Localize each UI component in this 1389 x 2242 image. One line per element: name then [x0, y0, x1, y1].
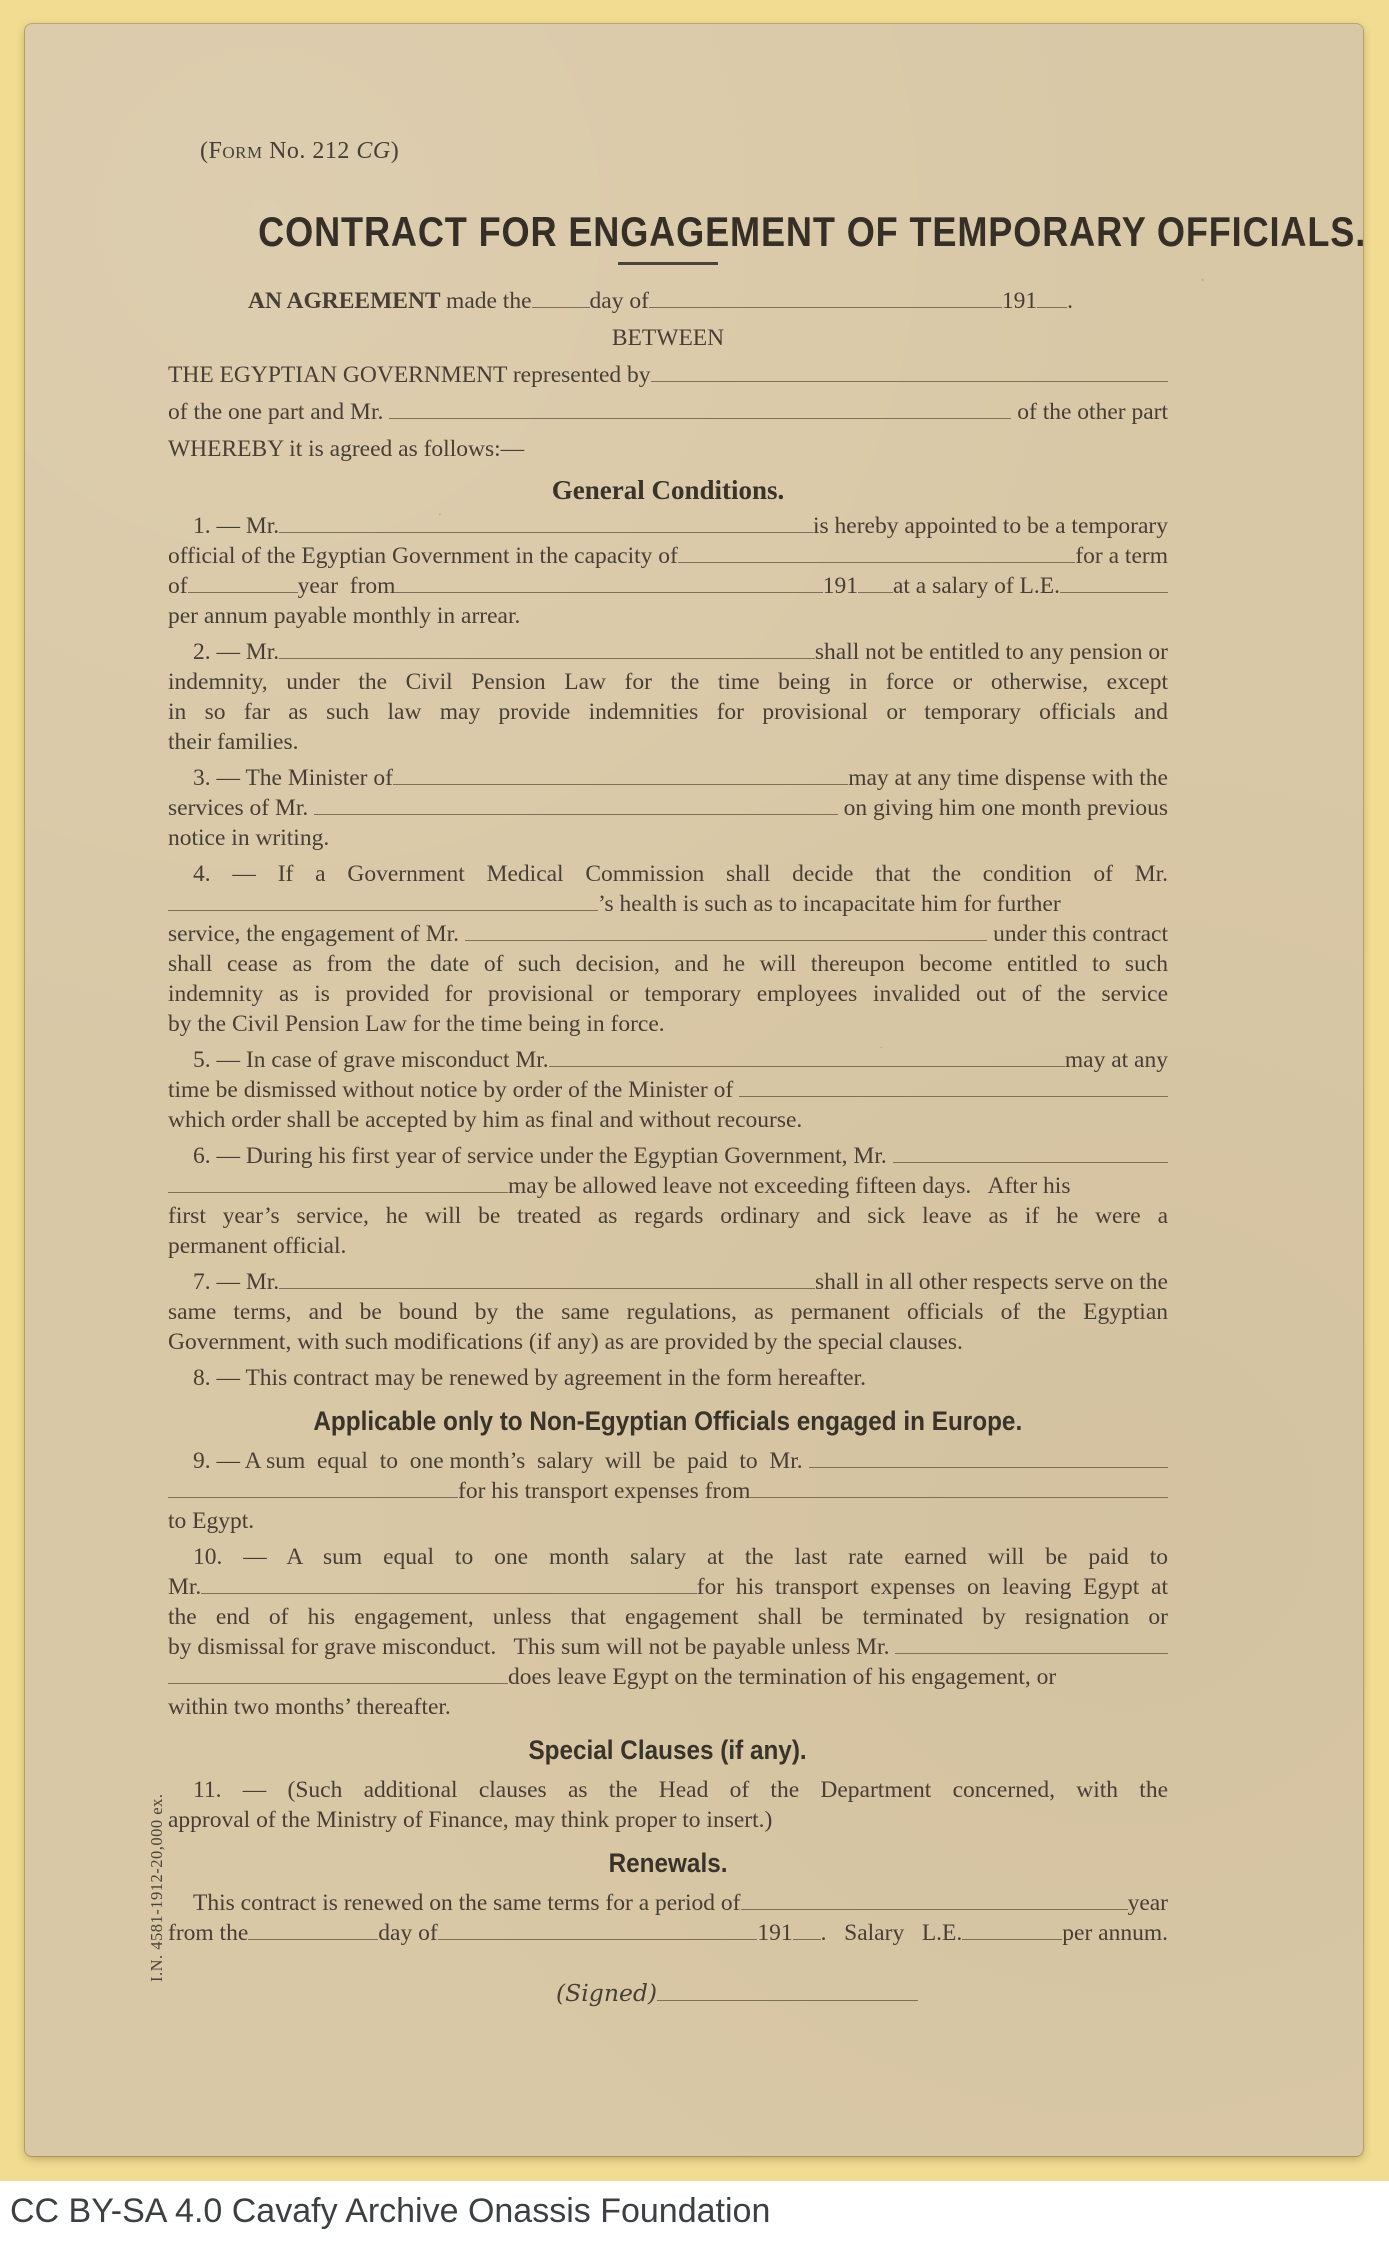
fill-in-blank	[168, 1187, 508, 1193]
form-text: Government, with such modifications (if …	[168, 1327, 963, 1357]
form-text: 5. — In case of grave misconduct Mr.	[193, 1045, 549, 1075]
form-line: shall cease as from the date of such dec…	[168, 949, 1168, 979]
form-line: time be dismissed without notice by orde…	[168, 1075, 1168, 1105]
fill-in-blank	[395, 587, 822, 593]
form-line: 9. — A sum equal to one month’s salary w…	[168, 1446, 1168, 1476]
form-line: indemnity, under the Civil Pension Law f…	[168, 667, 1168, 697]
form-text: within two months’ thereafter.	[168, 1692, 451, 1722]
form-line: approval of the Ministry of Finance, may…	[168, 1805, 1168, 1835]
form-text: for his transport expenses on leaving Eg…	[697, 1572, 1168, 1602]
form-line: This contract is renewed on the same ter…	[168, 1888, 1168, 1918]
form-text: 9. — A sum equal to one month’s salary w…	[193, 1446, 809, 1476]
form-line: 1. — Mr.is hereby appointed to be a temp…	[168, 511, 1168, 541]
form-line: THE EGYPTIAN GOVERNMENT represented by	[168, 357, 1168, 394]
form-text: WHEREBY it is agreed as follows:—	[168, 431, 524, 468]
form-text: for his transport expenses from	[458, 1476, 750, 1506]
form-number: (Form No. 212 CG)	[168, 136, 1168, 166]
section-heading: Special Clauses (if any).	[168, 1735, 1168, 1765]
scanned-document-view: { "colors": { "scan_bed": "#f1dc92", "pa…	[0, 0, 1389, 2242]
form-text: of the other part	[1011, 394, 1168, 431]
fill-in-blank	[1037, 302, 1067, 308]
fill-in-blank	[279, 527, 813, 533]
form-line: services of Mr. on giving him one month …	[168, 793, 1168, 823]
fill-in-blank	[678, 557, 1075, 563]
fill-in-blank	[201, 1588, 696, 1594]
form-text: 8. — This contract may be renewed by agr…	[193, 1363, 866, 1393]
form-text: year from	[298, 571, 396, 601]
form-line: 6. — During his first year of service un…	[168, 1141, 1168, 1171]
form-text: permanent official.	[168, 1231, 346, 1261]
form-text: shall not be entitled to any pension or	[815, 637, 1168, 667]
form-line: by dismissal for grave misconduct. This …	[168, 1632, 1168, 1662]
form-text: day of	[590, 283, 649, 320]
form-text: shall in all other respects serve on the	[815, 1267, 1168, 1297]
form-line: ’s health is such as to incapacitate him…	[168, 889, 1168, 919]
form-line: their families.	[168, 727, 1168, 757]
fill-in-blank	[279, 1283, 815, 1289]
form-text: services of Mr.	[168, 793, 314, 823]
form-text: ’s health is such as to incapacitate him…	[598, 889, 1061, 919]
license-caption: CC BY-SA 4.0 Cavafy Archive Onassis Foun…	[0, 2192, 770, 2231]
fill-in-blank	[393, 779, 848, 785]
fill-in-blank	[893, 1157, 1168, 1163]
form-text: time be dismissed without notice by orde…	[168, 1075, 739, 1105]
form-line: for his transport expenses from	[168, 1476, 1168, 1506]
fill-in-blank	[651, 376, 1168, 382]
form-line: (Signed)	[168, 1978, 1168, 2008]
form-text: Mr.	[168, 1572, 201, 1602]
document-title: CONTRACT FOR ENGAGEMENT OF TEMPORARY OFF…	[168, 210, 1168, 254]
form-line: which order shall be accepted by him as …	[168, 1105, 1168, 1135]
form-text: to Egypt.	[168, 1506, 254, 1536]
form-line: by the Civil Pension Law for the time be…	[168, 1009, 1168, 1039]
form-text: 191	[757, 1918, 792, 1948]
fill-in-blank	[739, 1091, 1168, 1097]
form-text: notice in writing.	[168, 823, 329, 853]
form-line: of the one part and Mr. of the other par…	[168, 394, 1168, 431]
form-text: from the	[168, 1918, 248, 1948]
form-text: per annum.	[1062, 1918, 1168, 1948]
fill-in-blank	[858, 587, 893, 593]
form-line: from theday of191. Salary L.E.per annum.	[168, 1918, 1168, 1948]
form-text: by dismissal for grave misconduct. This …	[168, 1632, 895, 1662]
form-text: THE EGYPTIAN GOVERNMENT represented by	[168, 357, 651, 394]
form-text: under this contract	[987, 919, 1168, 949]
form-line: 4. — If a Government Medical Commission …	[168, 859, 1168, 889]
form-text: which order shall be accepted by him as …	[168, 1105, 802, 1135]
form-line: official of the Egyptian Government in t…	[168, 541, 1168, 571]
section-heading: Applicable only to Non-Egyptian Official…	[168, 1406, 1168, 1436]
fill-in-blank	[465, 935, 987, 941]
form-text: . Salary L.E.	[821, 1918, 963, 1948]
form-line: the end of his engagement, unless that e…	[168, 1602, 1168, 1632]
form-text: may at any time dispense with the	[848, 763, 1168, 793]
form-text: 1. — Mr.	[193, 511, 279, 541]
form-line: notice in writing.	[168, 823, 1168, 853]
form-line: to Egypt.	[168, 1506, 1168, 1536]
form-text: for a term	[1075, 541, 1168, 571]
fill-in-blank	[549, 1061, 1065, 1067]
form-text: 3. — The Minister of	[193, 763, 393, 793]
form-text: AN AGREEMENT	[248, 283, 446, 320]
form-text: day of	[378, 1918, 437, 1948]
form-text: by the Civil Pension Law for the time be…	[168, 1009, 665, 1039]
form-line: 10. — A sum equal to one month salary at…	[168, 1542, 1168, 1572]
form-line: 11. — (Such additional clauses as the He…	[168, 1775, 1168, 1805]
fill-in-blank	[962, 1934, 1062, 1940]
form-text: No. 212	[269, 136, 356, 166]
form-line: 2. — Mr.shall not be entitled to any pen…	[168, 637, 1168, 667]
form-text: at a salary of L.E.	[893, 571, 1060, 601]
fill-in-blank	[532, 302, 590, 308]
form-text: may at any	[1065, 1045, 1168, 1075]
form-text: their families.	[168, 727, 299, 757]
form-line: may be allowed leave not exceeding fifte…	[168, 1171, 1168, 1201]
form-text: of	[168, 571, 188, 601]
form-text: (Signed)	[556, 1978, 657, 2008]
form-text: year	[1128, 1888, 1168, 1918]
form-line: does leave Egypt on the termination of h…	[168, 1662, 1168, 1692]
form-content: (Form No. 212 CG)CONTRACT FOR ENGAGEMENT…	[168, 136, 1168, 2008]
form-text: is hereby appointed to be a temporary	[813, 511, 1168, 541]
form-line: ofyear from191at a salary of L.E.	[168, 571, 1168, 601]
fill-in-blank	[168, 1492, 458, 1498]
fill-in-blank	[741, 1904, 1128, 1910]
form-text: 2. — Mr.	[193, 637, 279, 667]
fill-in-blank	[248, 1934, 378, 1940]
form-text: approval of the Ministry of Finance, may…	[168, 1805, 772, 1835]
form-line: Mr.for his transport expenses on leaving…	[168, 1572, 1168, 1602]
fill-in-blank	[895, 1648, 1168, 1654]
form-line: indemnity as is provided for provisional…	[168, 979, 1168, 1009]
form-text: made the	[446, 283, 531, 320]
form-text: 6. — During his first year of service un…	[193, 1141, 893, 1171]
license-caption-bar: CC BY-SA 4.0 Cavafy Archive Onassis Foun…	[0, 2181, 1389, 2242]
form-text: of the one part and Mr.	[168, 394, 389, 431]
form-line: WHEREBY it is agreed as follows:—	[168, 431, 1168, 468]
form-line: AN AGREEMENT made theday of191.	[168, 283, 1168, 320]
fill-in-blank	[168, 905, 598, 911]
printer-imprint: I.N. 4581-1912-20,000 ex.	[147, 1794, 167, 1982]
form-text: This contract is renewed on the same ter…	[193, 1888, 741, 1918]
fill-in-blank	[168, 1678, 508, 1684]
form-text: on giving him one month previous	[838, 793, 1168, 823]
form-line: Government, with such modifications (if …	[168, 1327, 1168, 1357]
form-text: .	[1067, 283, 1073, 320]
title-rule	[618, 262, 718, 265]
form-line: permanent official.	[168, 1231, 1168, 1261]
form-text: does leave Egypt on the termination of h…	[508, 1662, 1056, 1692]
section-heading: Renewals.	[168, 1848, 1168, 1878]
form-line: 7. — Mr.shall in all other respects serv…	[168, 1267, 1168, 1297]
form-text: (Form	[200, 136, 269, 166]
form-text: 191	[1002, 283, 1037, 320]
fill-in-blank	[649, 302, 1002, 308]
form-line: per annum payable monthly in arrear.	[168, 601, 1168, 631]
form-line: in so far as such law may provide indemn…	[168, 697, 1168, 727]
form-line: 5. — In case of grave misconduct Mr.may …	[168, 1045, 1168, 1075]
fill-in-blank	[314, 809, 838, 815]
fill-in-blank	[750, 1492, 1168, 1498]
document-page: (Form No. 212 CG)CONTRACT FOR ENGAGEMENT…	[25, 24, 1363, 2156]
form-line: within two months’ thereafter.	[168, 1692, 1168, 1722]
form-text: 7. — Mr.	[193, 1267, 279, 1297]
form-text: )	[391, 136, 400, 166]
form-line: first year’s service, he will be treated…	[168, 1201, 1168, 1231]
section-heading: General Conditions.	[168, 475, 1168, 505]
form-text: 191	[823, 571, 858, 601]
fill-in-blank	[1060, 587, 1168, 593]
form-text: service, the engagement of Mr.	[168, 919, 465, 949]
fill-in-blank	[438, 1934, 758, 1940]
form-text: may be allowed leave not exceeding fifte…	[508, 1171, 1071, 1201]
form-text: CG	[356, 136, 390, 166]
fill-in-blank	[279, 653, 815, 659]
fill-in-blank	[793, 1934, 821, 1940]
fill-in-blank	[809, 1462, 1168, 1468]
form-text: official of the Egyptian Government in t…	[168, 541, 678, 571]
form-line: same terms, and be bound by the same reg…	[168, 1297, 1168, 1327]
fill-in-blank	[188, 587, 298, 593]
fill-in-blank	[389, 413, 1011, 419]
form-text: per annum payable monthly in arrear.	[168, 601, 520, 631]
form-line: BETWEEN	[168, 320, 1168, 357]
fill-in-blank	[657, 1995, 918, 2001]
form-line: 8. — This contract may be renewed by agr…	[168, 1363, 1168, 1393]
form-line: 3. — The Minister ofmay at any time disp…	[168, 763, 1168, 793]
form-line: service, the engagement of Mr. under thi…	[168, 919, 1168, 949]
